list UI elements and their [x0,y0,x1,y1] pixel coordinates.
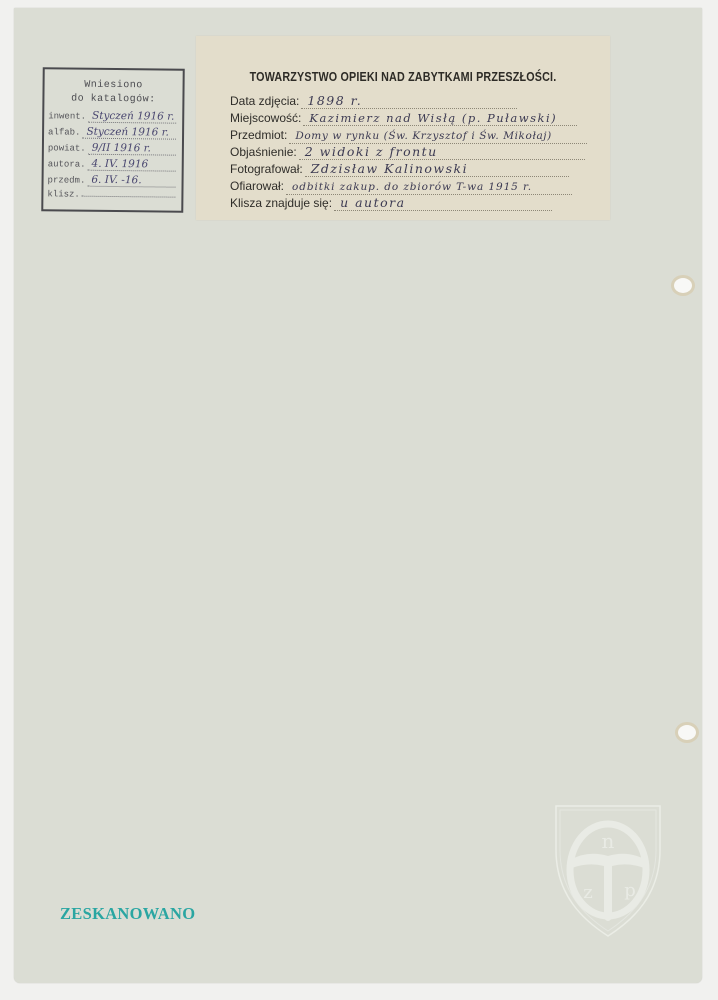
stamp-row-value: Styczeń 1916 r. [88,110,176,124]
stamp-row-value: 6. IV. -16. [87,174,175,188]
svg-text:p: p [624,880,636,901]
scanned-stamp: ZESKANOWANO [60,904,195,924]
field-place: Miejscowość: Kazimierz nad Wisłą (p. Puł… [230,111,577,127]
field-label: Fotografował: [230,162,303,176]
field-date: Data zdjęcia: 1898 r. [230,94,517,110]
field-subject: Przedmiot: Domy w rynku (Św. Krzysztof i… [230,128,587,144]
document-page: TOWARZYSTWO OPIEKI NAD ZABYTKAMI PRZESZŁ… [14,8,702,983]
field-value: u autora [334,196,552,211]
stamp-row-autora: autora. 4. IV. 1916 [48,157,176,172]
stamp-row-klisz: klisz. [47,189,175,204]
stamp-row-value [82,196,176,198]
stamp-heading-line2: do katalogów: [44,93,182,105]
stamp-row-label: powiat. [48,143,86,153]
stamp-row-label: autora. [48,159,86,169]
stamp-row-alfab: alfab. Styczeń 1916 r. [48,125,176,140]
punch-hole-top [674,278,692,293]
stamp-row-inwent: inwent. Styczeń 1916 r. [48,109,176,124]
stamp-row-label: inwent. [48,111,86,121]
stamp-row-label: klisz. [47,189,80,199]
stamp-row-powiat: powiat. 9/II 1916 r. [48,141,176,156]
catalogue-card: TOWARZYSTWO OPIEKI NAD ZABYTKAMI PRZESZŁ… [196,36,610,220]
catalogue-stamp: Wniesiono do katalogów: inwent. Styczeń … [41,67,185,212]
field-photographer: Fotografował: Zdzisław Kalinowski [230,162,569,178]
svg-text:z: z [583,882,592,903]
stamp-row-label: przedm. [48,175,86,185]
stamp-row-value: 4. IV. 1916 [87,158,175,172]
field-negative-location: Klisza znajduje się: u autora [230,196,552,212]
shield-emblem-icon: n z p [548,800,668,940]
field-label: Przedmiot: [230,128,287,142]
field-label: Objaśnienie: [230,145,297,159]
stamp-row-przedm: przedm. 6. IV. -16. [48,173,176,188]
field-value: 1898 r. [301,94,517,109]
field-description: Objaśnienie: 2 widoki z frontu [230,145,585,161]
punch-hole-bottom [678,725,696,740]
field-value: Domy w rynku (Św. Krzysztof i Św. Mikoła… [289,129,587,144]
field-value: Zdzisław Kalinowski [305,162,569,177]
field-value: 2 widoki z frontu [299,145,585,160]
field-label: Ofiarował: [230,179,284,193]
card-title: TOWARZYSTWO OPIEKI NAD ZABYTKAMI PRZESZŁ… [225,70,581,84]
stamp-row-label: alfab. [48,127,81,137]
field-value: odbitki zakup. do zbiorów T-wa 1915 r. [286,180,572,195]
stamp-row-value: Styczeń 1916 r. [82,126,176,140]
stamp-heading-line1: Wniesiono [45,79,183,91]
field-value: Kazimierz nad Wisłą (p. Puławski) [303,111,577,126]
field-label: Klisza znajduje się: [230,196,332,210]
stamp-row-value: 9/II 1916 r. [88,142,176,156]
field-donor: Ofiarował: odbitki zakup. do zbiorów T-w… [230,179,572,195]
field-label: Data zdjęcia: [230,94,299,108]
field-label: Miejscowość: [230,111,301,125]
svg-text:n: n [602,829,615,853]
